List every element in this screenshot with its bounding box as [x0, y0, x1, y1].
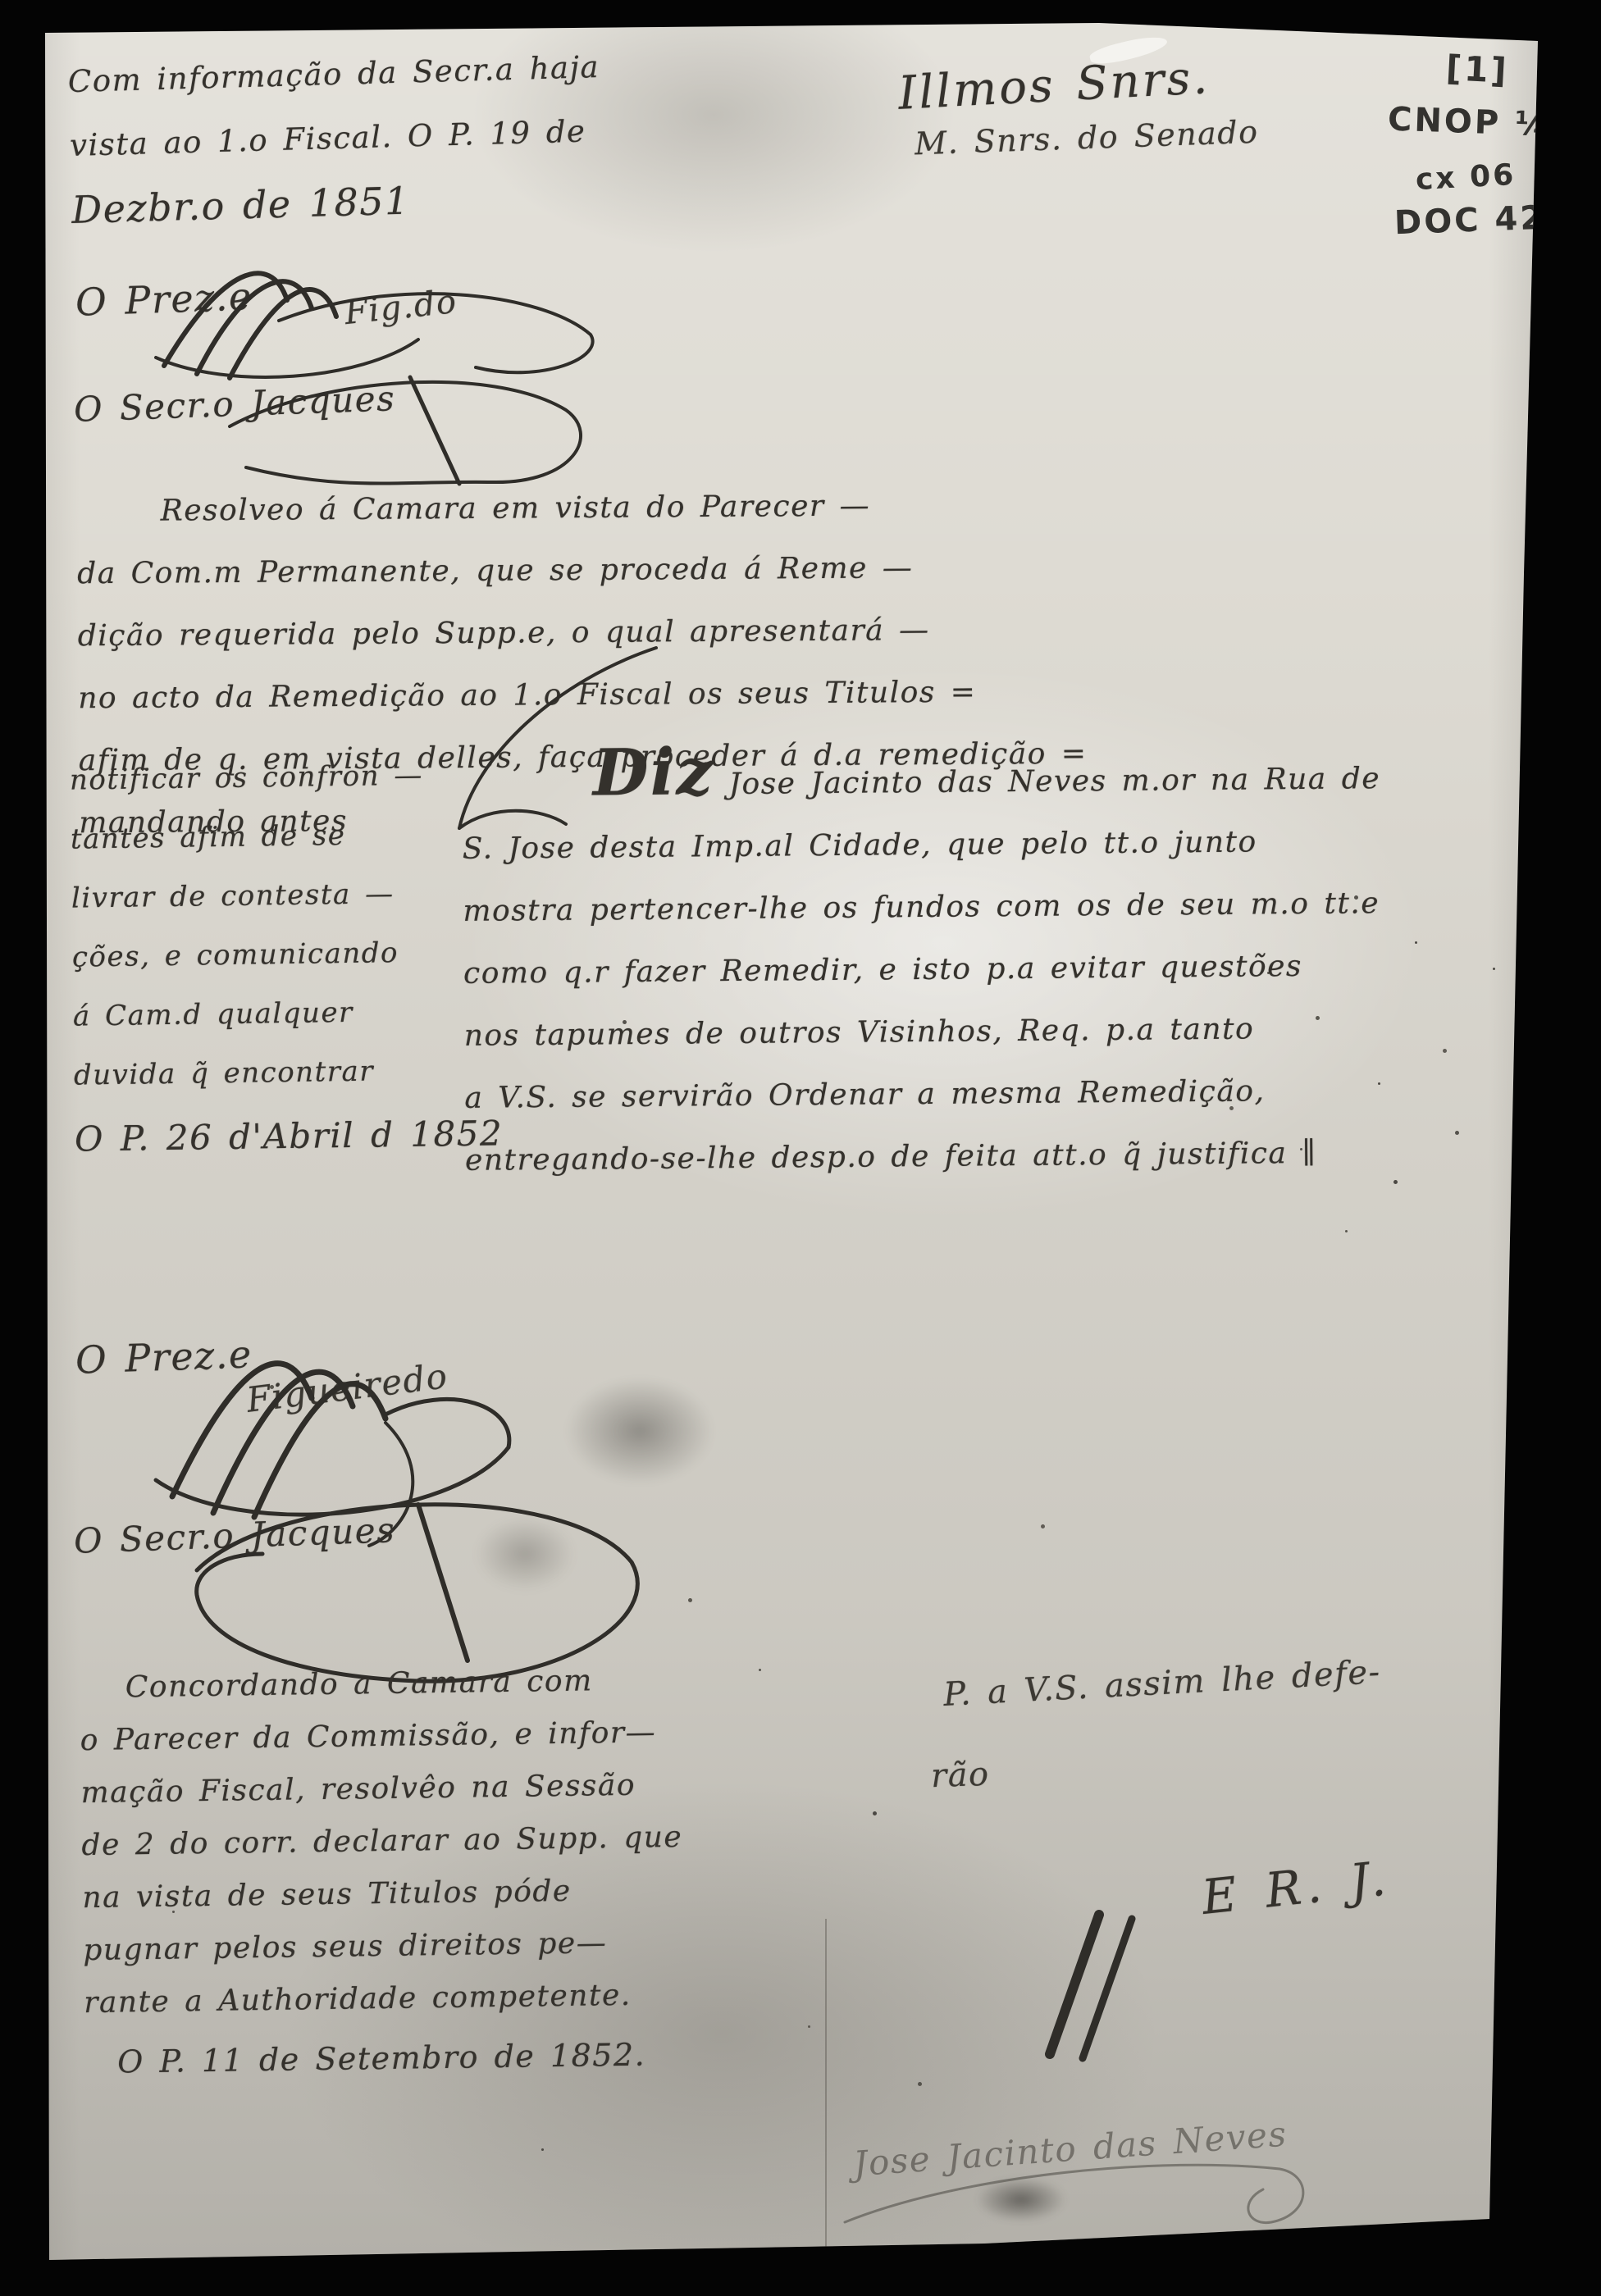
petition-line: como q.r fazer Remedir, e isto p.a evita…	[463, 935, 1383, 1005]
marginal-note: Com informação da Secr.a haja vista ao 1…	[67, 35, 604, 242]
closing-er-mark: E R. J.	[1199, 1850, 1393, 1925]
deliberacao-line: Concordando a Camara com	[79, 1654, 681, 1715]
petition-text: Diz Jose Jacinto das Neves m.or na Rua d…	[462, 736, 1384, 1192]
deliberacao-line: de 2 do corr. declarar ao Supp. que	[81, 1811, 683, 1872]
closing-line: rão	[930, 1756, 990, 1795]
deliberacao-line: na vista de seus Titulos póde	[82, 1864, 684, 1925]
archival-fonds-code: CNOP ¼	[1387, 101, 1552, 144]
petition-line: nos tapumes de outros Visinhos, Req. p.a…	[463, 997, 1383, 1068]
deliberacao-line: O P. 11 de Setembro de 1852.	[84, 2021, 686, 2089]
archival-box-number: cx 06	[1415, 158, 1517, 197]
margin-line: tantes afim de se	[70, 804, 499, 868]
petition-initial: Diz	[593, 735, 714, 810]
margin-line: notificar os confron —	[69, 745, 498, 809]
scanned-manuscript-page: Com informação da Secr.a haja vista ao 1…	[0, 0, 1601, 2296]
margin-line: duvida q̃ encontrar	[73, 1040, 502, 1105]
archival-page-number: [1]	[1445, 48, 1510, 91]
deliberacao-line: rante a Authoridade competente.	[84, 1969, 686, 2029]
petition-line: Diz Jose Jacinto das Neves m.or na Rua d…	[462, 736, 1381, 818]
petition-line: mostra pertencer-lhe os fundos com os de…	[463, 872, 1382, 943]
margin-line: á Cam.d qualquer	[72, 981, 501, 1045]
closing-line: P. a V.S. assim lhe defe-	[942, 1653, 1382, 1714]
petition-first-line: Jose Jacinto das Neves m.or na Rua de	[728, 762, 1380, 801]
parecer-line: Resolveo á Camara em vista do Parecer —	[76, 474, 1085, 544]
paragraph-mark	[1021, 1902, 1144, 2066]
addressee-line: Illmos Snrs.	[897, 51, 1211, 121]
deliberacao-line: mação Fiscal, resolvêo na Sessão	[80, 1759, 682, 1820]
deliberacao-line: o Parecer da Commissão, e infor—	[80, 1706, 682, 1767]
margin-column: notificar os confron — tantes afim de se…	[69, 745, 503, 1168]
petition-line: a V.S. se servirão Ordenar a mesma Remed…	[464, 1059, 1384, 1130]
margin-line: O P. 26 d'Abril d 1852	[74, 1099, 503, 1168]
addressee-line: M. Snrs. do Senado	[914, 114, 1259, 162]
petition-line: S. Jose desta Imp.al Cidade, que pelo tt…	[462, 810, 1381, 881]
signature-flourish	[820, 2124, 1329, 2255]
marginal-note-line: Dezbr.o de 1851	[71, 163, 604, 242]
ink-speckles	[0, 0, 2, 2]
deliberacao-line: pugnar pelos seus direitos pe—	[83, 1916, 685, 1977]
margin-line: ções, e comunicando	[71, 922, 500, 986]
deliberacao-paragraph: Concordando a Camara com o Parecer da Co…	[79, 1654, 686, 2089]
ink-stain	[566, 1378, 714, 1484]
petition-line: entregando-se-lhe desp.o de feita att.o …	[465, 1122, 1384, 1192]
parecer-line: da Com.m Permanente, que se proceda á Re…	[77, 536, 1086, 606]
archival-doc-number: DOC 42	[1393, 199, 1546, 242]
margin-line: livrar de contesta —	[71, 863, 499, 927]
